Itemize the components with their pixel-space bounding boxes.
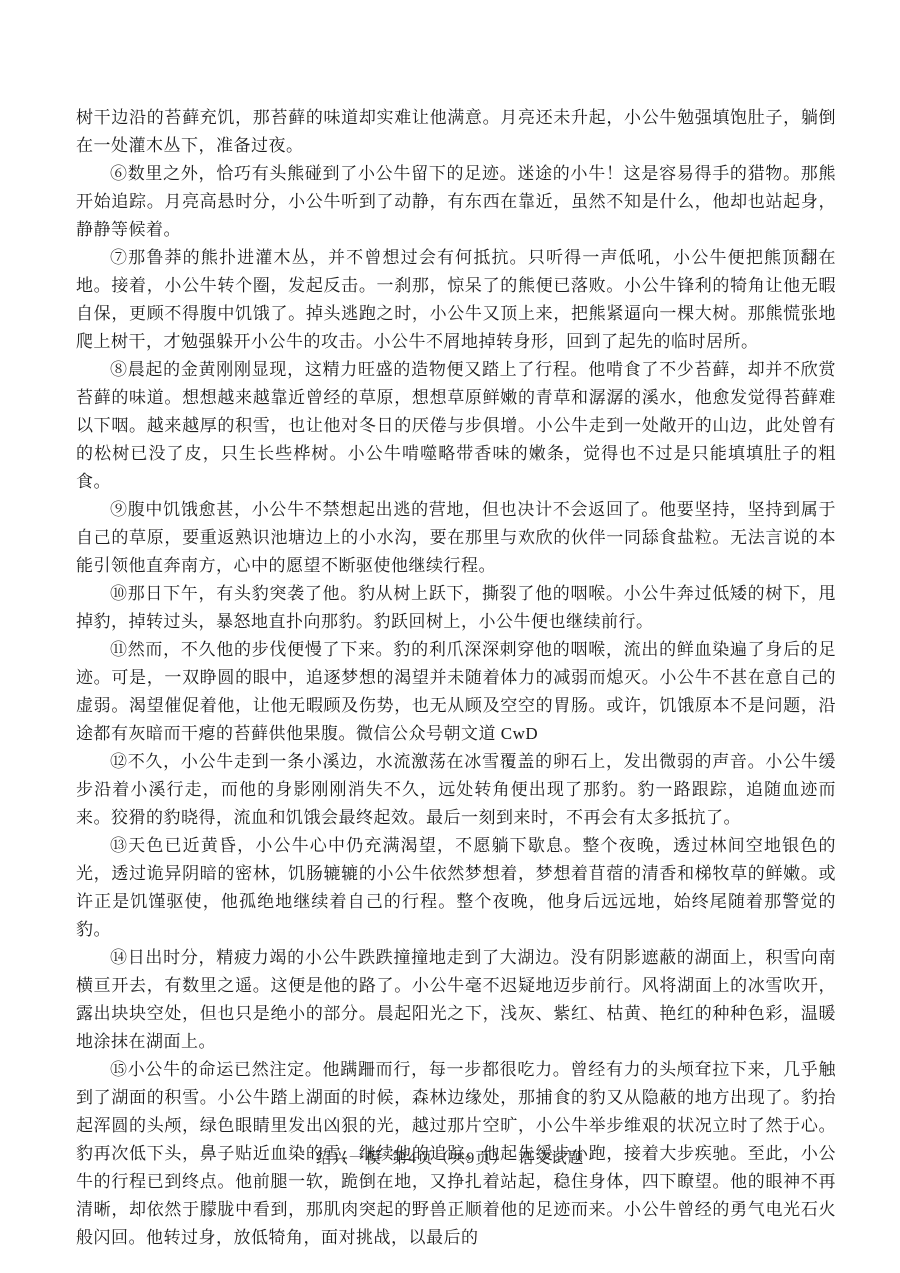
passage-paragraph-14: ⑭日出时分，精疲力竭的小公牛跌跌撞撞地走到了大湖边。没有阴影遮蔽的湖面上，积雪向… bbox=[76, 944, 836, 1056]
passage-paragraph-9: ⑨腹中饥饿愈甚，小公牛不禁想起出逃的营地，但也决计不会返回了。他要坚持，坚持到属… bbox=[76, 496, 836, 580]
passage-paragraph-12: ⑫不久，小公牛走到一条小溪边，水流激荡在冰雪覆盖的卵石上，发出微弱的声音。小公牛… bbox=[76, 748, 836, 832]
footer-subject: 语文试题 bbox=[518, 1146, 584, 1168]
reading-passage: 树干边沿的苔藓充饥，那苔藓的味道却实难让他满意。月亮还未升起，小公牛勉强填饱肚子… bbox=[76, 104, 836, 1252]
passage-paragraph-7: ⑦那鲁莽的熊扑进灌木丛，并不曾想过会有何抵抗。只听得一声低吼，小公牛便把熊顶翻在… bbox=[76, 244, 836, 356]
passage-paragraph-6: ⑥数里之外，恰巧有头熊碰到了小公牛留下的足迹。迷途的小牛！这是容易得手的猎物。那… bbox=[76, 160, 836, 244]
passage-paragraph-13: ⑬天色已近黄昏，小公牛心中仍充满渴望，不愿躺下歇息。整个夜晚，透过林间空地银色的… bbox=[76, 832, 836, 944]
page-footer: 绍兴一模第4页（共9页）语文试题 bbox=[0, 1146, 900, 1168]
passage-paragraph-8: ⑧晨起的金黄刚刚显现，这精力旺盛的造物便又踏上了行程。他啃食了不少苔藓，却并不欣… bbox=[76, 356, 836, 496]
passage-paragraph-continuation: 树干边沿的苔藓充饥，那苔藓的味道却实难让他满意。月亮还未升起，小公牛勉强填饱肚子… bbox=[76, 104, 836, 160]
passage-paragraph-10: ⑩那日下午，有头豹突袭了他。豹从树上跃下，撕裂了他的咽喉。小公牛奔过低矮的树下，… bbox=[76, 580, 836, 636]
footer-exam-name: 绍兴一模 bbox=[316, 1146, 382, 1168]
footer-page-number: 第4页（共9页） bbox=[392, 1146, 509, 1168]
exam-paper-page: 树干边沿的苔藓充饥，那苔藓的味道却实难让他满意。月亮还未升起，小公牛勉强填饱肚子… bbox=[0, 0, 900, 1273]
passage-paragraph-11: ⑪然而，不久他的步伐便慢了下来。豹的利爪深深刺穿他的咽喉，流出的鲜血染遍了身后的… bbox=[76, 636, 836, 748]
